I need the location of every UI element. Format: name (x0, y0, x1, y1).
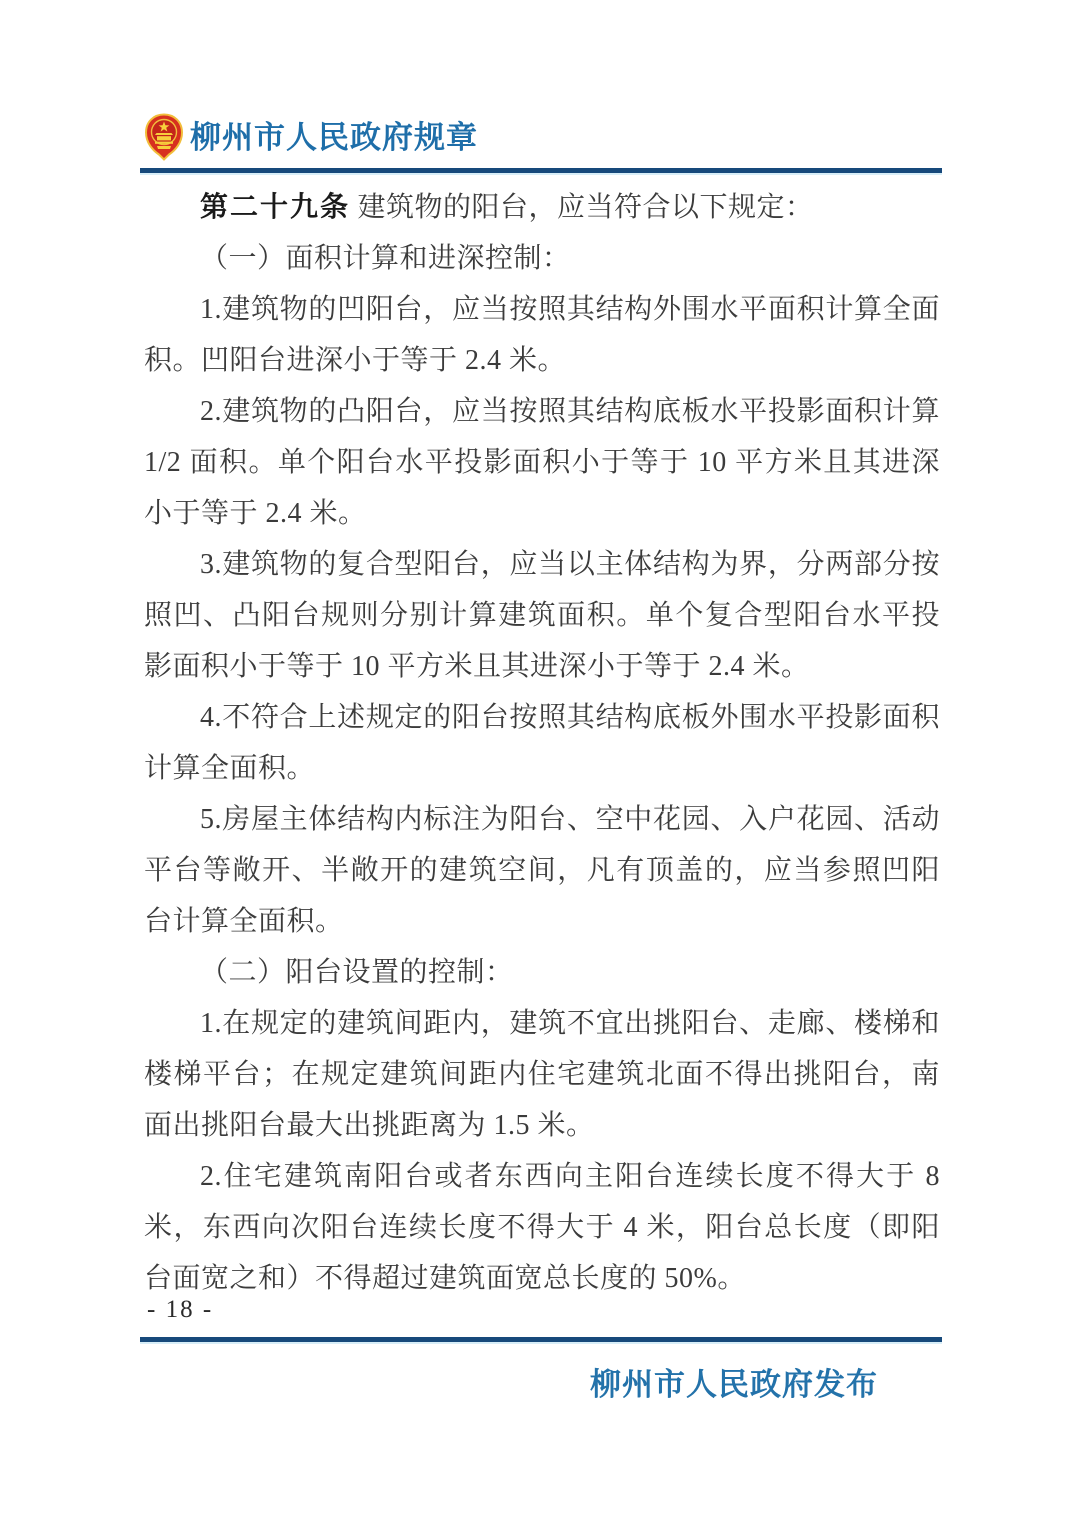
header-divider (140, 168, 942, 175)
paragraph-2-1: 1.在规定的建筑间距内，建筑不宜出挑阳台、走廊、楼梯和楼梯平台；在规定建筑间距内… (144, 998, 940, 1151)
footer-divider (140, 1337, 942, 1344)
paragraph-1-5: 5.房屋主体结构内标注为阳台、空中花园、入户花园、活动平台等敞开、半敞开的建筑空… (144, 794, 940, 947)
paragraph-1-2: 2.建筑物的凸阳台，应当按照其结构底板水平投影面积计算 1/2 面积。单个阳台水… (144, 386, 940, 539)
publisher-label: 柳州市人民政府发布 (590, 1359, 878, 1404)
article-number: 第二十九条 (200, 191, 350, 222)
china-national-emblem-icon (144, 113, 184, 161)
paragraph-2-2: 2.住宅建筑南阳台或者东西向主阳台连续长度不得大于 8 米，东西向次阳台连续长度… (144, 1151, 940, 1304)
paragraph-1-1: 1.建筑物的凹阳台，应当按照其结构外围水平面积计算全面积。凹阳台进深小于等于 2… (144, 284, 940, 386)
page-header: 柳州市人民政府规章 (144, 113, 478, 161)
paragraph-1-3: 3.建筑物的复合型阳台，应当以主体结构为界，分两部分按照凹、凸阳台规则分别计算建… (144, 539, 940, 692)
paragraph-article-29: 第二十九条 建筑物的阳台，应当符合以下规定： (144, 181, 940, 233)
document-body: 第二十九条 建筑物的阳台，应当符合以下规定： （一）面积计算和进深控制： 1.建… (144, 181, 940, 1304)
paragraph-item-2-heading: （二）阳台设置的控制： (144, 947, 940, 998)
page-number: - 18 - (147, 1296, 213, 1324)
page-title: 柳州市人民政府规章 (190, 122, 478, 153)
paragraph-item-1-heading: （一）面积计算和进深控制： (144, 233, 940, 284)
paragraph-1-4: 4.不符合上述规定的阳台按照其结构底板外围水平投影面积计算全面积。 (144, 692, 940, 794)
document-page: 柳州市人民政府规章 第二十九条 建筑物的阳台，应当符合以下规定： （一）面积计算… (0, 0, 1074, 1520)
article-text: 建筑物的阳台，应当符合以下规定： (350, 192, 814, 223)
